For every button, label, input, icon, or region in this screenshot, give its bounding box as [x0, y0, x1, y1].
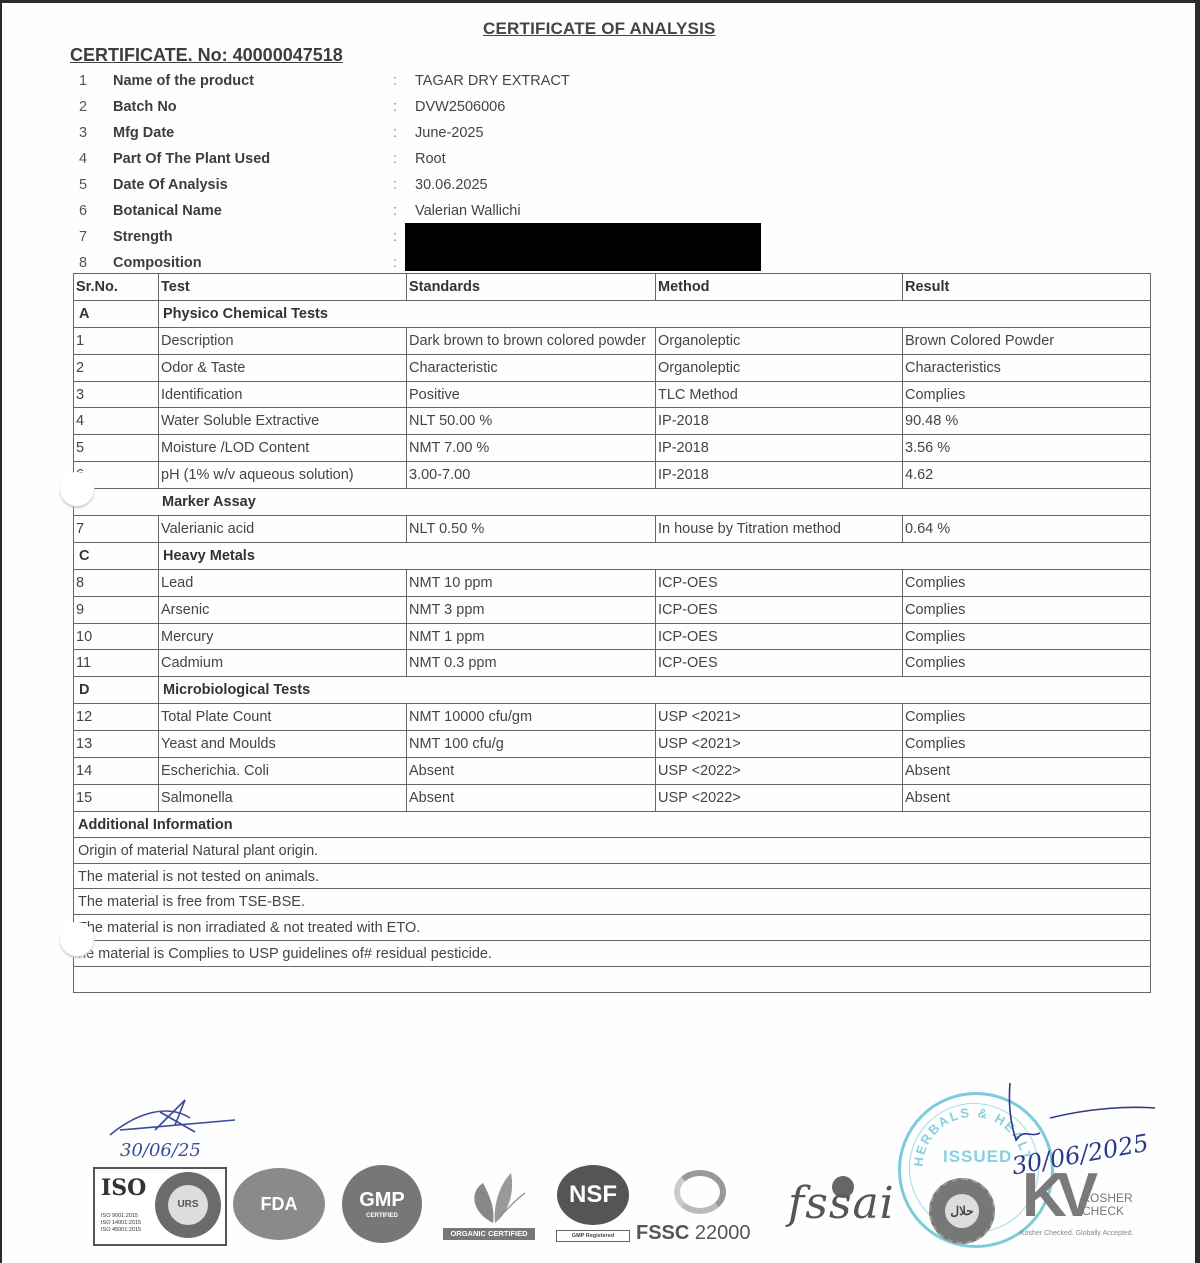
info-label: Part Of The Plant Used: [113, 151, 270, 167]
sr-no-cell: 10: [74, 624, 158, 650]
header-result-cell: Result: [902, 274, 1150, 300]
header-sr-no-cell: Sr.No.: [74, 274, 158, 300]
result-cell: Complies: [902, 704, 1150, 730]
sr-no-cell: 3: [74, 382, 158, 408]
result-cell: Complies: [902, 650, 1150, 676]
standards-cell: NMT 7.00 %: [406, 435, 655, 461]
result-cell: 0.64 %: [902, 516, 1150, 542]
section-code: C: [74, 543, 158, 569]
table-row: 9ArsenicNMT 3 ppmICP-OESComplies: [74, 597, 1150, 624]
additional-info-title: Additional Information: [74, 812, 1150, 838]
info-value: Valerian Wallichi: [415, 203, 521, 219]
info-colon: :: [393, 99, 397, 115]
info-value: Root: [415, 151, 446, 167]
table-row: 8LeadNMT 10 ppmICP-OESComplies: [74, 570, 1150, 597]
method-cell: Organoleptic: [655, 355, 902, 381]
test-cell: Lead: [158, 570, 406, 596]
table-row: 1DescriptionDark brown to brown colored …: [74, 328, 1150, 355]
info-num: 5: [79, 177, 87, 193]
method-cell: ICP-OES: [655, 597, 902, 623]
nsf-sub-label: GMP Registered: [556, 1230, 630, 1242]
info-label: Name of the product: [113, 73, 254, 89]
method-cell: IP-2018: [655, 408, 902, 434]
info-value: June-2025: [415, 125, 484, 141]
table-row: 12Total Plate CountNMT 10000 cfu/gmUSP <…: [74, 704, 1150, 731]
header-method-cell: Method: [655, 274, 902, 300]
method-cell: USP <2022>: [655, 785, 902, 811]
standards-cell: 3.00-7.00: [406, 462, 655, 488]
standards-cell: Absent: [406, 785, 655, 811]
test-cell: Water Soluble Extractive: [158, 408, 406, 434]
table-row: 7Valerianic acidNLT 0.50 %In house by Ti…: [74, 516, 1150, 543]
info-colon: :: [393, 203, 397, 219]
kosher-check-logo: KOSHERCHECK: [1082, 1192, 1133, 1218]
punch-hole: [60, 922, 94, 956]
info-colon: :: [393, 229, 397, 245]
result-cell: 90.48 %: [902, 408, 1150, 434]
result-cell: Complies: [902, 570, 1150, 596]
nsf-logo: NSF: [557, 1165, 629, 1225]
section-row: DMicrobiological Tests: [74, 677, 1150, 704]
info-label: Composition: [113, 255, 202, 271]
signature-left-date: 30/06/25: [120, 1140, 201, 1161]
standards-cell: NMT 10000 cfu/gm: [406, 704, 655, 730]
standards-cell: Positive: [406, 382, 655, 408]
punch-hole: [60, 472, 94, 506]
info-num: 8: [79, 255, 87, 271]
additional-info-line: The material is non irradiated & not tre…: [74, 915, 1150, 941]
fssc-logo: FSSC 22000: [636, 1222, 751, 1245]
method-cell: TLC Method: [655, 382, 902, 408]
method-cell: ICP-OES: [655, 570, 902, 596]
info-label: Date Of Analysis: [113, 177, 228, 193]
result-cell: Complies: [902, 382, 1150, 408]
method-cell: IP-2018: [655, 435, 902, 461]
method-cell: USP <2022>: [655, 758, 902, 784]
sr-no-cell: 9: [74, 597, 158, 623]
test-cell: Odor & Taste: [158, 355, 406, 381]
iso-standards: ISO 9001:2015ISO 14001:2015ISO 45001:201…: [101, 1213, 141, 1234]
info-colon: :: [393, 255, 397, 271]
organic-certified-logo: ORGANIC CERTIFIED: [443, 1228, 535, 1240]
document-title: CERTIFICATE OF ANALYSIS: [483, 19, 716, 39]
sr-no-cell: 12: [74, 704, 158, 730]
test-cell: Escherichia. Coli: [158, 758, 406, 784]
header-standards-cell: Standards: [406, 274, 655, 300]
table-header: Sr.No.TestStandardsMethodResult: [74, 274, 1150, 301]
info-colon: :: [393, 177, 397, 193]
sr-no-cell: 7: [74, 516, 158, 542]
sr-no-cell: 1: [74, 328, 158, 354]
signature-right-date: 30/06/2025: [1010, 1129, 1151, 1178]
result-cell: 3.56 %: [902, 435, 1150, 461]
standards-cell: NLT 0.50 %: [406, 516, 655, 542]
empty-row: [74, 967, 1150, 993]
organic-leaf-icon: [463, 1168, 533, 1228]
result-cell: Complies: [902, 731, 1150, 757]
result-cell: Brown Colored Powder: [902, 328, 1150, 354]
test-cell: Total Plate Count: [158, 704, 406, 730]
result-cell: 4.62: [902, 462, 1150, 488]
standards-cell: NMT 100 cfu/g: [406, 731, 655, 757]
result-cell: Complies: [902, 597, 1150, 623]
method-cell: ICP-OES: [655, 624, 902, 650]
redaction-box: [405, 223, 761, 271]
section-title: Physico Chemical Tests: [158, 301, 328, 327]
info-num: 1: [79, 73, 87, 89]
table-row: 15SalmonellaAbsentUSP <2022>Absent: [74, 785, 1150, 812]
test-cell: Valerianic acid: [158, 516, 406, 542]
info-value: 30.06.2025: [415, 177, 488, 193]
standards-cell: Dark brown to brown colored powder: [406, 328, 655, 354]
test-cell: Mercury: [158, 624, 406, 650]
info-label: Mfg Date: [113, 125, 174, 141]
section-row: APhysico Chemical Tests: [74, 301, 1150, 328]
standards-cell: NMT 3 ppm: [406, 597, 655, 623]
sr-no-cell: 4: [74, 408, 158, 434]
sr-no-cell: 11: [74, 650, 158, 676]
section-code: A: [74, 301, 158, 327]
sr-no-cell: 5: [74, 435, 158, 461]
table-row: 10MercuryNMT 1 ppmICP-OESComplies: [74, 624, 1150, 651]
sr-no-cell: 13: [74, 731, 158, 757]
table-row: 6pH (1% w/v aqueous solution)3.00-7.00IP…: [74, 462, 1150, 489]
info-label: Strength: [113, 229, 173, 245]
info-num: 2: [79, 99, 87, 115]
method-cell: IP-2018: [655, 462, 902, 488]
info-num: 6: [79, 203, 87, 219]
method-cell: ICP-OES: [655, 650, 902, 676]
test-cell: Cadmium: [158, 650, 406, 676]
halal-logo: حلال: [929, 1178, 995, 1244]
result-cell: Characteristics: [902, 355, 1150, 381]
additional-info-line: he material is Complies to USP guideline…: [74, 941, 1150, 967]
table-row: 11CadmiumNMT 0.3 ppmICP-OESComplies: [74, 650, 1150, 677]
fssc-ring-icon: [674, 1170, 726, 1214]
standards-cell: NMT 10 ppm: [406, 570, 655, 596]
info-num: 7: [79, 229, 87, 245]
info-label: Botanical Name: [113, 203, 222, 219]
table-row: 4Water Soluble ExtractiveNLT 50.00 %IP-2…: [74, 408, 1150, 435]
test-cell: Identification: [158, 382, 406, 408]
sr-no-cell: 8: [74, 570, 158, 596]
table-row: 2Odor & TasteCharacteristicOrganolepticC…: [74, 355, 1150, 382]
fda-logo: FDA: [233, 1168, 325, 1240]
method-cell: USP <2021>: [655, 704, 902, 730]
header-test-cell: Test: [158, 274, 406, 300]
test-cell: Salmonella: [158, 785, 406, 811]
table-row: 13Yeast and MouldsNMT 100 cfu/gUSP <2021…: [74, 731, 1150, 758]
test-cell: pH (1% w/v aqueous solution): [158, 462, 406, 488]
signature-left: 30/06/25: [100, 1090, 250, 1165]
test-cell: Description: [158, 328, 406, 354]
fssai-logo: fssai: [788, 1178, 895, 1229]
test-cell: Yeast and Moulds: [158, 731, 406, 757]
standards-cell: NMT 0.3 ppm: [406, 650, 655, 676]
info-colon: :: [393, 73, 397, 89]
method-cell: Organoleptic: [655, 328, 902, 354]
section-row: Marker Assay: [74, 489, 1150, 516]
info-colon: :: [393, 151, 397, 167]
method-cell: USP <2021>: [655, 731, 902, 757]
signature-right: 30/06/2025: [990, 1078, 1160, 1178]
section-title: Marker Assay: [158, 489, 256, 515]
kosher-slogan: Kosher Checked. Globally Accepted.: [1020, 1230, 1134, 1237]
result-cell: Absent: [902, 785, 1150, 811]
standards-cell: NLT 50.00 %: [406, 408, 655, 434]
test-cell: Moisture /LOD Content: [158, 435, 406, 461]
standards-cell: Characteristic: [406, 355, 655, 381]
info-colon: :: [393, 125, 397, 141]
section-code: D: [74, 677, 158, 703]
test-cell: Arsenic: [158, 597, 406, 623]
analysis-table: Sr.No.TestStandardsMethodResultAPhysico …: [73, 273, 1151, 993]
standards-cell: NMT 1 ppm: [406, 624, 655, 650]
table-row: 3IdentificationPositiveTLC MethodComplie…: [74, 382, 1150, 409]
sr-no-cell: 15: [74, 785, 158, 811]
section-title: Heavy Metals: [158, 543, 255, 569]
iso-certification-logo: ISO ISO 9001:2015ISO 14001:2015ISO 45001…: [93, 1167, 227, 1246]
method-cell: In house by Titration method: [655, 516, 902, 542]
sr-no-cell: 2: [74, 355, 158, 381]
info-num: 3: [79, 125, 87, 141]
section-title: Microbiological Tests: [158, 677, 310, 703]
additional-info-line: Origin of material Natural plant origin.: [74, 838, 1150, 864]
additional-info-line: The material is free from TSE-BSE.: [74, 889, 1150, 915]
info-label: Batch No: [113, 99, 177, 115]
sr-no-cell: 14: [74, 758, 158, 784]
certificate-number: CERTIFICATE. No: 40000047518: [70, 45, 343, 66]
table-row: 5Moisture /LOD ContentNMT 7.00 %IP-20183…: [74, 435, 1150, 462]
table-row: 14Escherichia. ColiAbsentUSP <2022>Absen…: [74, 758, 1150, 785]
standards-cell: Absent: [406, 758, 655, 784]
result-cell: Absent: [902, 758, 1150, 784]
info-value: TAGAR DRY EXTRACT: [415, 73, 570, 89]
gmp-logo: GMPCERTIFIED: [342, 1165, 422, 1243]
section-row: CHeavy Metals: [74, 543, 1150, 570]
result-cell: Complies: [902, 624, 1150, 650]
info-value: DVW2506006: [415, 99, 505, 115]
additional-info-line: The material is not tested on animals.: [74, 864, 1150, 890]
info-num: 4: [79, 151, 87, 167]
